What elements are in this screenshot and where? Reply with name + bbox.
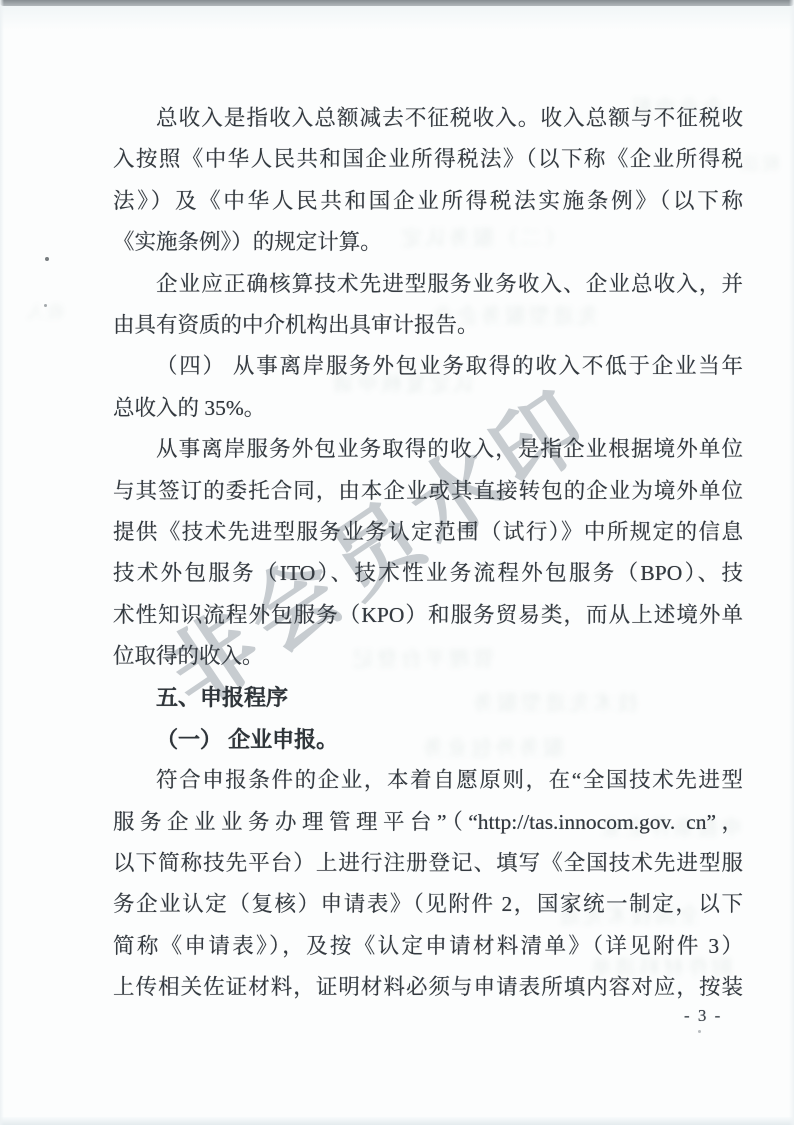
document-page: 企业申报 （二）服务认定 先进型服务企业 认定复核申请 管理平台登记 技术先进型…: [0, 0, 794, 1125]
text-line: 《实施条例》）的规定计算。: [113, 222, 743, 263]
text-line: 简称《申请表》），及按《认定申请材料清单》（详见附件 3）: [113, 926, 743, 967]
page-number: - 3 -: [684, 1006, 722, 1026]
text-line: 与其签订的委托合同，由本企业或其直接转包的企业为境外单位: [113, 471, 743, 512]
scan-speck: [698, 1030, 701, 1033]
text-line: 以下简称技先平台）上进行注册登记、填写《全国技术先进型服: [113, 843, 743, 884]
text-line: 技术外包服务（ITO）、技术性业务流程外包服务（BPO）、技: [113, 553, 743, 594]
section-heading: 五、申报程序: [113, 677, 743, 718]
text-line: 法》）及《中华人民共和国企业所得税法实施条例》（以下称: [113, 181, 743, 222]
text-line: 位取得的收入。: [113, 636, 743, 677]
scan-speck: [45, 257, 49, 261]
text-line: 符合申报条件的企业，本着自愿原则，在“全国技术先进型: [113, 760, 743, 801]
text-line: 企业应正确核算技术先进型服务业务收入、企业总收入，并: [113, 264, 743, 305]
text-line: 总收入是指收入总额减去不征税收入。收入总额与不征税收: [113, 98, 743, 139]
scan-edge-top: [0, 0, 794, 6]
text-line: 提供《技术先进型服务业务认定范围（试行）》中所规定的信息: [113, 512, 743, 553]
text-line: （四） 从事离岸服务外包业务取得的收入不低于企业当年: [113, 346, 743, 387]
text-line: 务企业认定（复核）申请表》（见附件 2，国家统一制定，以下: [113, 884, 743, 925]
text-line: 由具有资质的中介机构出具审计报告。: [113, 305, 743, 346]
bleed-through-text: 收入: [24, 298, 64, 323]
scan-edge-bottom: [0, 1117, 794, 1125]
subsection-heading: （一） 企业申报。: [113, 719, 743, 760]
text-line: 上传相关佐证材料，证明材料必须与申请表所填内容对应，按装: [113, 967, 743, 1008]
text-line: 服务企业业务办理管理平台”（“http://tas.innocom.gov. c…: [113, 802, 743, 843]
document-body: 总收入是指收入总额减去不征税收入。收入总额与不征税收 入按照《中华人民共和国企业…: [113, 98, 743, 1009]
text-line: 入按照《中华人民共和国企业所得税法》（以下称《企业所得税: [113, 139, 743, 180]
text-line: 从事离岸服务外包业务取得的收入，是指企业根据境外单位: [113, 429, 743, 470]
text-line: 术性知识流程外包服务（KPO）和服务贸易类，而从上述境外单: [113, 595, 743, 636]
scan-edge-right: [789, 0, 794, 1125]
text-line: 总收入的 35%。: [113, 388, 743, 429]
bleed-through-text: 税法: [738, 150, 780, 176]
scan-edge-left: [0, 0, 4, 1125]
scan-speck: [44, 304, 47, 307]
